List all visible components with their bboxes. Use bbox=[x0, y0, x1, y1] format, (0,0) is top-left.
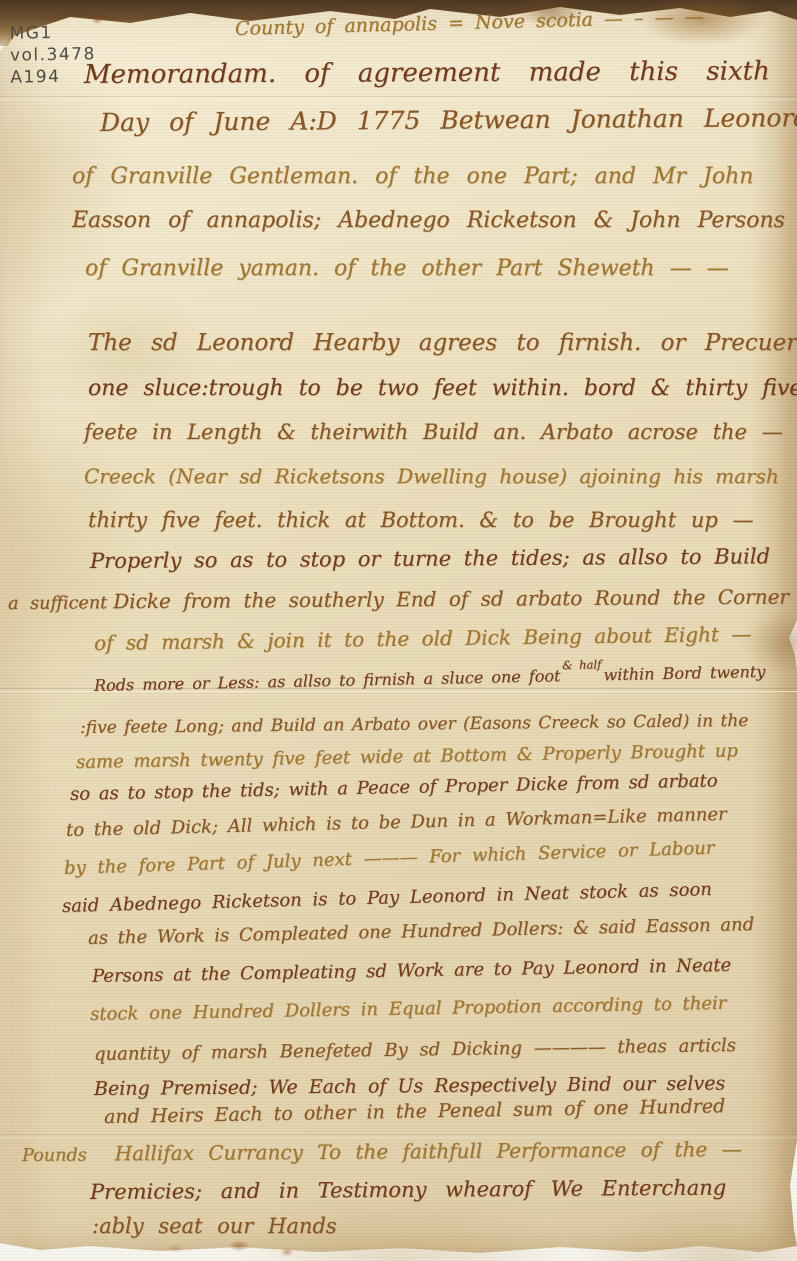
manuscript-line: Easson of annapolis; Abednego Ricketson … bbox=[72, 208, 785, 234]
scanned-document: MG1 vol.3478 A194 County of annapolis = … bbox=[0, 0, 797, 1261]
manuscript-line: :ably seat our Hands bbox=[92, 1214, 337, 1239]
manuscript-line: Properly so as to stop or turne the tide… bbox=[90, 544, 770, 574]
manuscript-line-text: within Bord twenty bbox=[603, 662, 765, 684]
manuscript-line: Day of June A:D 1775 Betwean Jonathan Le… bbox=[100, 103, 797, 138]
manuscript-line: feete in Length & theirwith Build an. Ar… bbox=[84, 420, 783, 445]
manuscript-line: Creeck (Near sd Ricketsons Dwelling hous… bbox=[84, 464, 779, 488]
manuscript-line: The sd Leonord Hearby agrees to firnish.… bbox=[88, 330, 797, 358]
manuscript-line: one sluce:trough to be two feet within. … bbox=[88, 376, 797, 402]
manuscript-line: of Granville Gentleman. of the one Part;… bbox=[72, 164, 753, 190]
manuscript-line-text: Dicke from the southerly End of sd arbat… bbox=[113, 585, 789, 614]
manuscript-line: thirty five feet. thick at Bottom. & to … bbox=[88, 508, 753, 533]
margin-note: a sufficent bbox=[8, 593, 107, 614]
manuscript-line-text: Hallifax Currancy To the faithfull Perfo… bbox=[115, 1137, 742, 1165]
interlinear-insertion: & half bbox=[562, 658, 601, 673]
archival-ref-line: MG1 bbox=[9, 21, 95, 44]
manuscript-line: PoundsHallifax Currancy To the faithfull… bbox=[22, 1137, 742, 1167]
manuscript-line: Premicies; and in Testimony whearof We E… bbox=[90, 1176, 726, 1206]
margin-note: Pounds bbox=[22, 1146, 87, 1166]
manuscript-line: Memorandam. of agreement made this sixth bbox=[84, 56, 770, 91]
manuscript-line: of Granville yaman. of the other Part Sh… bbox=[85, 256, 729, 282]
